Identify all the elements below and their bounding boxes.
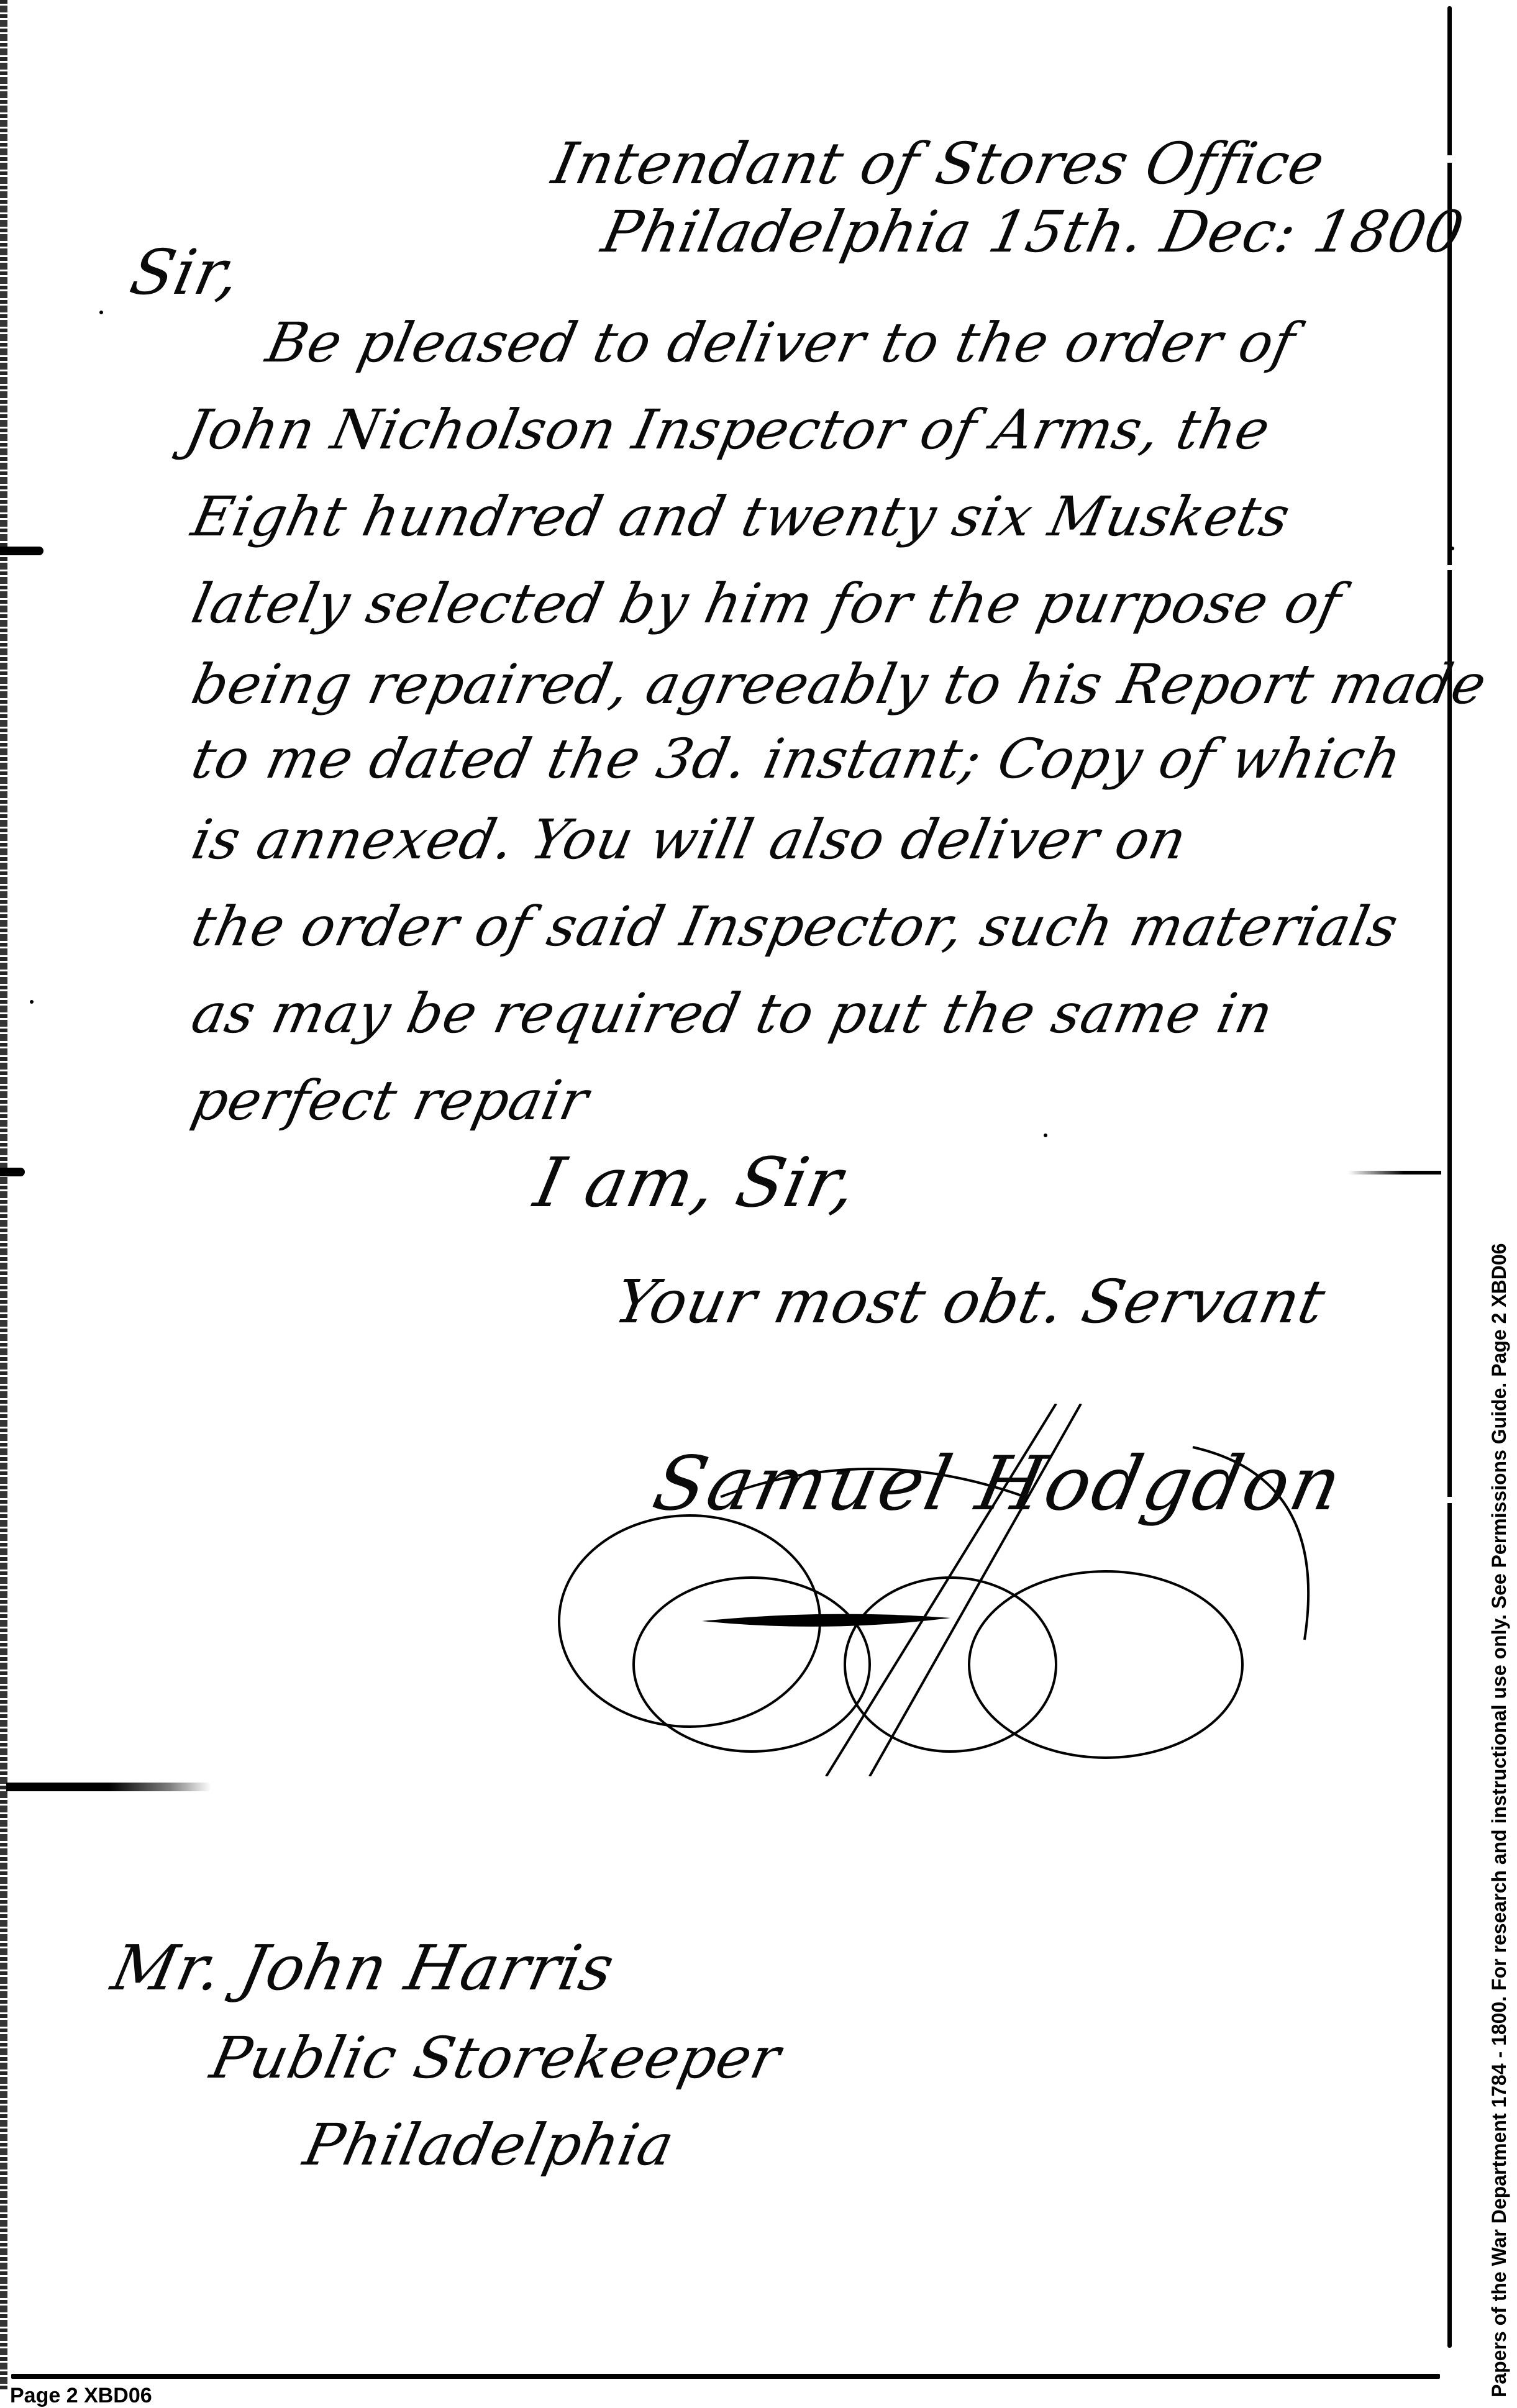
body-line: is annexed. You will also deliver on bbox=[186, 807, 1193, 871]
office-heading: Intendant of Stores Office bbox=[547, 130, 1331, 197]
ink-speck bbox=[30, 1000, 34, 1004]
signature: Samuel Hodgdon bbox=[646, 1441, 1351, 1527]
ink-speck bbox=[99, 311, 103, 314]
body-line: Be pleased to deliver to the order of bbox=[261, 311, 1301, 375]
page-label: Page 2 XBD06 bbox=[10, 2384, 152, 2408]
edge-mark bbox=[1348, 1171, 1441, 1174]
closing-line-2: Your most obt. Servant bbox=[609, 1267, 1331, 1337]
body-line: as may be required to put the same in bbox=[186, 981, 1279, 1045]
addressee-name: Mr. John Harris bbox=[106, 1932, 621, 2004]
scan-bottom-edge bbox=[11, 2374, 1440, 2379]
edge-smudge bbox=[0, 547, 43, 555]
body-line: lately selected by him for the purpose o… bbox=[186, 571, 1347, 635]
body-line: to me dated the 3d. instant; Copy of whi… bbox=[186, 727, 1408, 791]
salutation: Sir, bbox=[124, 236, 247, 309]
body-line: being repaired, agreeably to his Report … bbox=[186, 652, 1492, 716]
archive-permissions-caption: Papers of the War Department 1784 - 1800… bbox=[1488, 1243, 1511, 2397]
body-line: perfect repair bbox=[186, 1068, 594, 1132]
body-line: the order of said Inspector, such materi… bbox=[186, 894, 1404, 958]
addressee-city: Philadelphia bbox=[298, 2112, 680, 2178]
place-date: Philadelphia 15th. Dec: 1800 bbox=[596, 199, 1470, 265]
ink-speck bbox=[1044, 1134, 1047, 1137]
scan-left-edge bbox=[0, 0, 7, 2391]
ink-speck bbox=[1451, 547, 1454, 550]
body-line: Eight hundred and twenty six Muskets bbox=[186, 484, 1296, 548]
edge-smudge bbox=[0, 1168, 25, 1176]
addressee-title: Public Storekeeper bbox=[205, 2025, 786, 2091]
fold-mark bbox=[6, 1783, 211, 1791]
closing-line-1: I am, Sir, bbox=[528, 1143, 864, 1222]
scan-right-edge bbox=[1447, 6, 1452, 2348]
body-line: John Nicholson Inspector of Arms, the bbox=[180, 398, 1276, 461]
